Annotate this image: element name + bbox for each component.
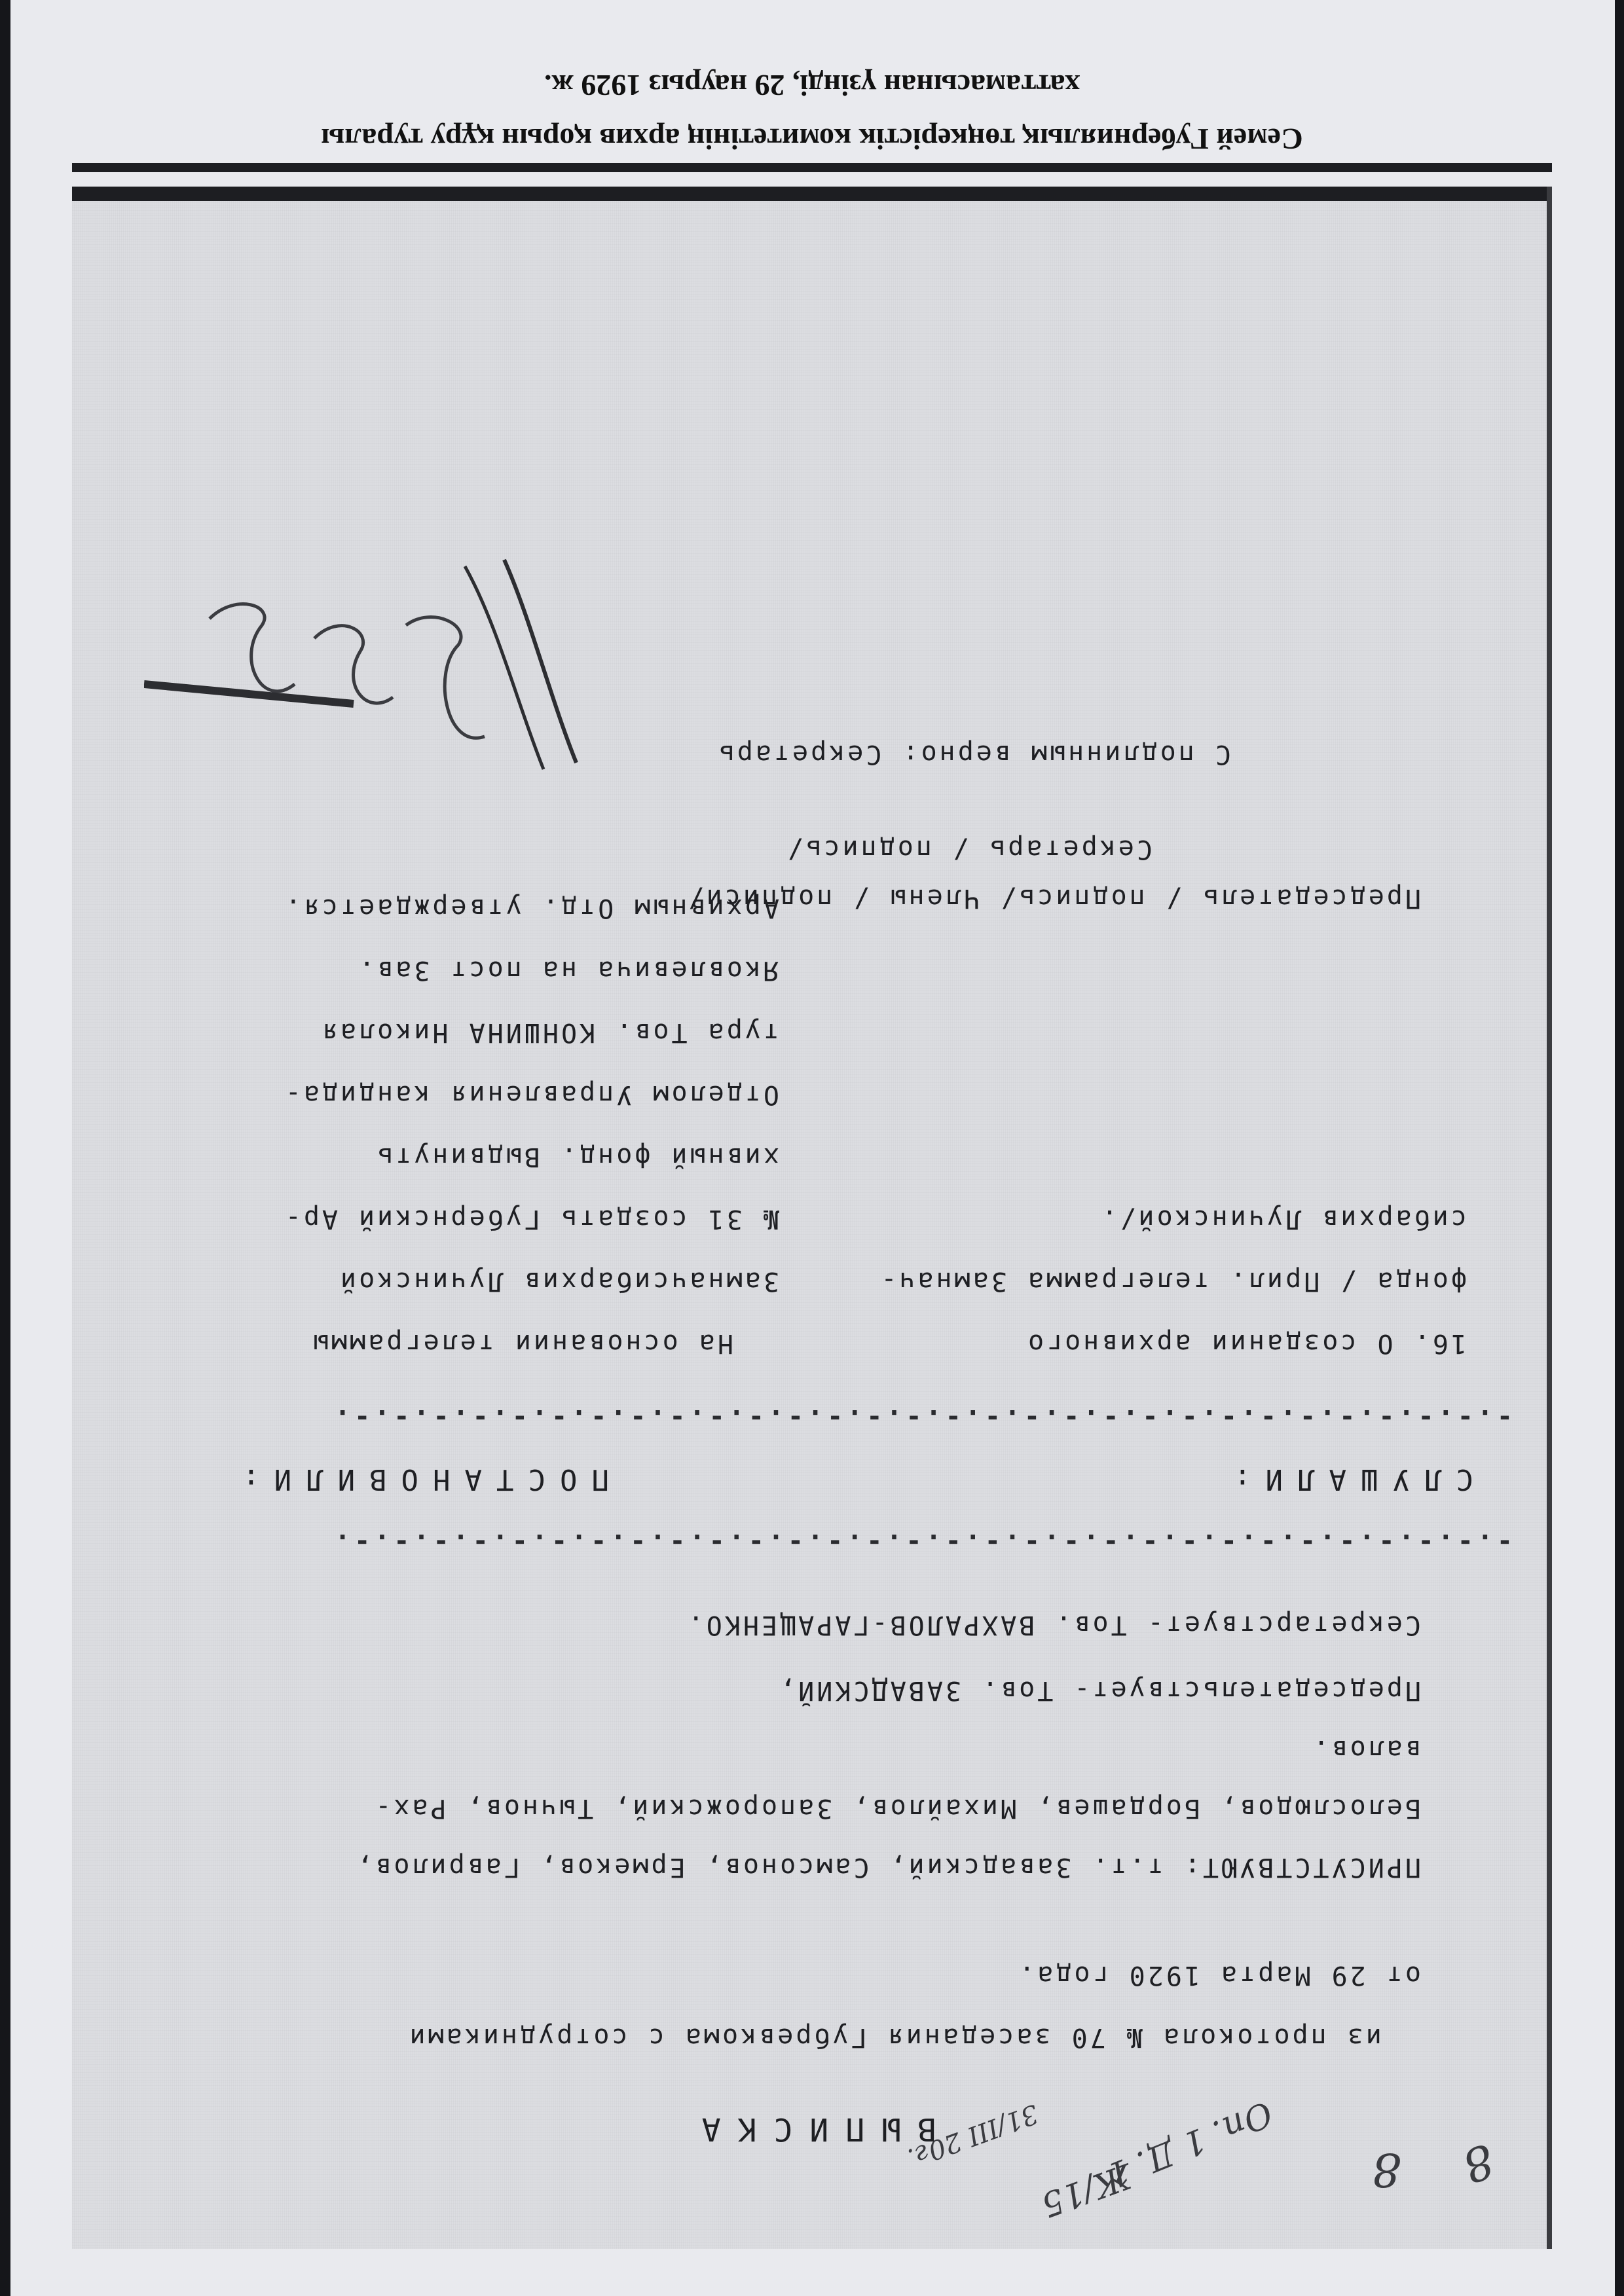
attendees-line-2: Белослюдов, Бордашев, Михайлов, Запорожс… bbox=[373, 1793, 1421, 1823]
resolved-line-3: № 31 создать Губернский Ар- bbox=[283, 1204, 779, 1234]
resolved-line-2: Замначсибархив Лучинской bbox=[338, 1266, 779, 1296]
signatures-line-2: Секретарь / подпись/ bbox=[784, 834, 1153, 864]
document-subtitle-1: из протокола № 70 заседания Губревкома с… bbox=[407, 2022, 1382, 2052]
handwritten-page-number-crossed: 8 bbox=[1456, 2133, 1502, 2193]
handwritten-registration: Ж/15 bbox=[1036, 2156, 1137, 2225]
handwritten-signature bbox=[144, 540, 602, 776]
resolved-heading: ПОСТАНОВИЛИ: bbox=[228, 1463, 609, 1496]
document-title: ВЫПИСКА bbox=[685, 2111, 936, 2147]
heard-line-1: 16. О создании архивного bbox=[1025, 1328, 1467, 1358]
heard-line-2: фонда / Прил. телеграмма Замнач- bbox=[878, 1266, 1467, 1296]
copy-border-left bbox=[1547, 187, 1552, 2249]
document-subtitle-2: от 29 Марта 1920 года. bbox=[1016, 1960, 1421, 1990]
resolved-line-7: Яковлевича на пост Зав. bbox=[356, 955, 779, 985]
resolved-line-5: Отделом Управления кандида- bbox=[283, 1080, 779, 1110]
resolved-line-1: На основании телеграммы bbox=[310, 1328, 733, 1358]
heard-heading: СЛУШАЛИ: bbox=[1219, 1463, 1473, 1496]
handwritten-page-number: 8 bbox=[1372, 2143, 1401, 2196]
secretary-line: Секретарствует- Тов. ВАХРАЛОВ-ГАРАЩЕНКО. bbox=[686, 1610, 1421, 1640]
copy-border-bar bbox=[72, 163, 1552, 172]
certified-line: С подлинным верно: Секретарь bbox=[716, 739, 1231, 769]
copy-border-bar bbox=[72, 187, 1552, 201]
attendees-line-3: валов. bbox=[1311, 1734, 1422, 1764]
resolved-line-6: тура Тов. КОНШИНА Николая bbox=[320, 1017, 779, 1048]
caption-line-1: Семей Губерниялық төңкерістік комитетіні… bbox=[0, 122, 1624, 156]
chair-line: Председательствует- Тов. ЗАВАДСКИЙ, bbox=[777, 1675, 1421, 1705]
signatures-line-1: Председатель / подпись/ Члены / подписи/ bbox=[686, 883, 1421, 913]
rotated-page: Семей Губерниялық төңкерістік комитетіні… bbox=[0, 0, 1624, 2296]
caption-line-2: хаттамасынан үзінді, 29 наурыз 1929 ж. bbox=[0, 68, 1624, 103]
photocopy-document: 8 8 Оп. 1 Д. 1 Ж/15 31/III 20г. ВЫПИСКА … bbox=[72, 187, 1552, 2249]
separator-top: -.-.-.-.-.-.-.-.-.-.-.-.-.-.-.-.-.-.-.-.… bbox=[331, 1528, 1513, 1558]
separator-bottom: -.-.-.-.-.-.-.-.-.-.-.-.-.-.-.-.-.-.-.-.… bbox=[331, 1404, 1513, 1434]
attendees-line-1: ПРИСУТСТВУЮТ: т.т. Завадский, Самсонов, … bbox=[354, 1852, 1421, 1882]
heard-line-3: сибархив Лучинской/. bbox=[1099, 1204, 1467, 1234]
resolved-line-4: хивный фонд. Выдвинуть bbox=[375, 1142, 779, 1172]
